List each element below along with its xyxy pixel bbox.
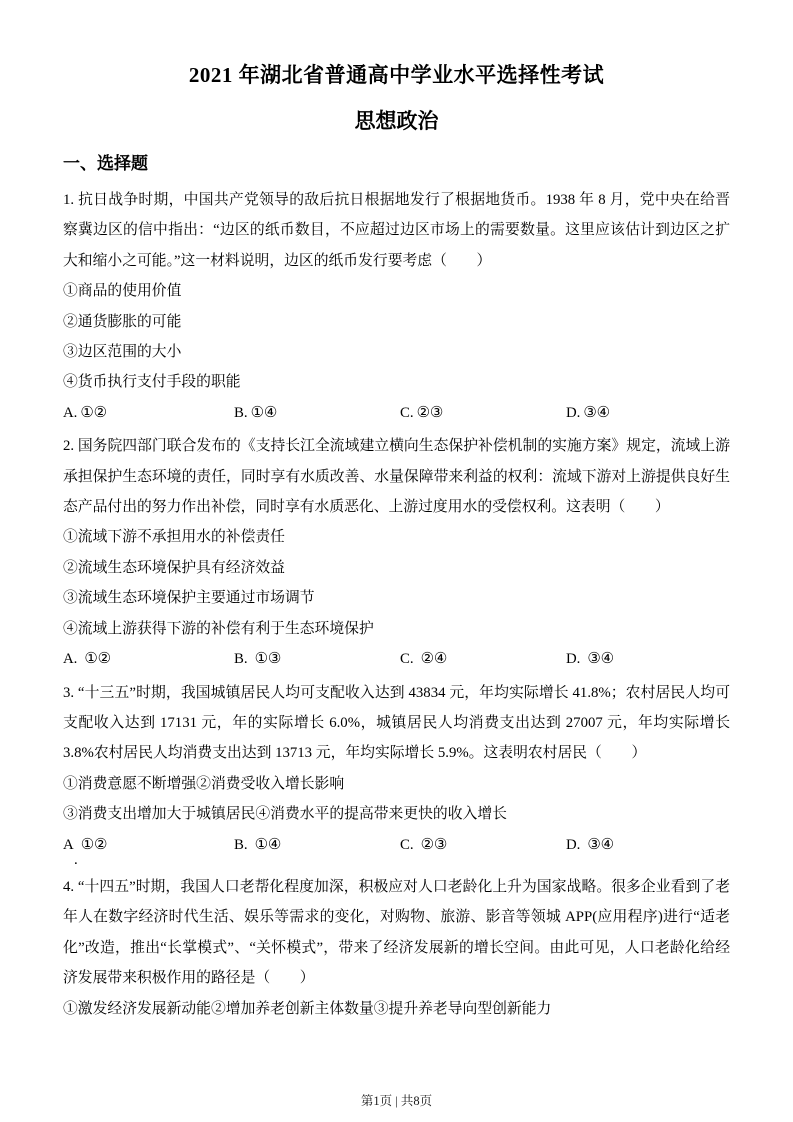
- question-1-stem: 1. 抗日战争时期，中国共产党领导的敌后抗日根据地发行了根据地货币。1938 年…: [63, 185, 730, 276]
- question-4: 4. “十四五”时期，我国人口老帮化程度加深，积极应对人口老龄化上升为国家战略。…: [63, 872, 730, 1024]
- question-2-option-d: D.③④: [566, 644, 730, 674]
- question-2-item-3: ③流域生态环境保护主要通过市场调节: [63, 583, 730, 613]
- question-3-option-d: D.③④: [566, 830, 730, 860]
- question-1-option-d: D.③④: [566, 398, 730, 428]
- question-2-option-b: B.①③: [234, 644, 400, 674]
- stray-period: .: [74, 853, 78, 867]
- question-1-item-3: ③边区范围的大小: [63, 337, 730, 367]
- question-3-item-1: ①消费意愿不断增强②消费受收入增长影响: [63, 769, 730, 799]
- section-heading: 一、选择题: [63, 151, 730, 177]
- question-3-item-2: ③消费支出增加大于城镇居民④消费水平的提高带来更快的收入增长: [63, 799, 730, 829]
- exam-document-page: 2021 年湖北省普通高中学业水平选择性考试 思想政治 一、选择题 1. 抗日战…: [0, 0, 793, 1122]
- page-title: 2021 年湖北省普通高中学业水平选择性考试: [63, 60, 730, 90]
- question-2-item-2: ②流域生态环境保护具有经济效益: [63, 553, 730, 583]
- question-4-item-1: ①激发经济发展新动能②增加养老创新主体数量③提升养老导向型创新能力: [63, 994, 730, 1024]
- question-2-options-row: A.①② B.①③ C.②④ D.③④: [63, 644, 730, 674]
- question-3-option-a: A①②: [63, 830, 234, 860]
- question-1-option-a: A.①②: [63, 398, 234, 428]
- question-2-option-c: C.②④: [400, 644, 566, 674]
- question-3-option-c: C.②③: [400, 830, 566, 860]
- page-footer: 第1页 | 共8页: [0, 1092, 793, 1110]
- question-1: 1. 抗日战争时期，中国共产党领导的敌后抗日根据地发行了根据地货币。1938 年…: [63, 185, 730, 428]
- question-1-options-row: A.①② B.①④ C.②③ D.③④: [63, 398, 730, 428]
- question-2-item-1: ①流域下游不承担用水的补偿责任: [63, 522, 730, 552]
- question-3: 3. “十三五”时期，我国城镇居民人均可支配收入达到 43834 元，年均实际增…: [63, 678, 730, 860]
- question-1-option-b: B.①④: [234, 398, 400, 428]
- question-2-option-a: A.①②: [63, 644, 234, 674]
- question-2-item-4: ④流域上游获得下游的补偿有利于生态环境保护: [63, 614, 730, 644]
- question-1-item-4: ④货币执行支付手段的职能: [63, 367, 730, 397]
- question-3-options-row: A①② B.①④ C.②③ D.③④ .: [63, 830, 730, 860]
- question-3-option-b: B.①④: [234, 830, 400, 860]
- question-1-item-1: ①商品的使用价值: [63, 276, 730, 306]
- question-3-stem: 3. “十三五”时期，我国城镇居民人均可支配收入达到 43834 元，年均实际增…: [63, 678, 730, 769]
- question-4-stem: 4. “十四五”时期，我国人口老帮化程度加深，积极应对人口老龄化上升为国家战略。…: [63, 872, 730, 994]
- question-2: 2. 国务院四部门联合发布的《支持长江全流域建立横向生态保护补偿机制的实施方案》…: [63, 431, 730, 674]
- question-1-item-2: ②通货膨胀的可能: [63, 307, 730, 337]
- page-subtitle: 思想政治: [63, 106, 730, 136]
- question-2-stem: 2. 国务院四部门联合发布的《支持长江全流域建立横向生态保护补偿机制的实施方案》…: [63, 431, 730, 522]
- question-1-option-c: C.②③: [400, 398, 566, 428]
